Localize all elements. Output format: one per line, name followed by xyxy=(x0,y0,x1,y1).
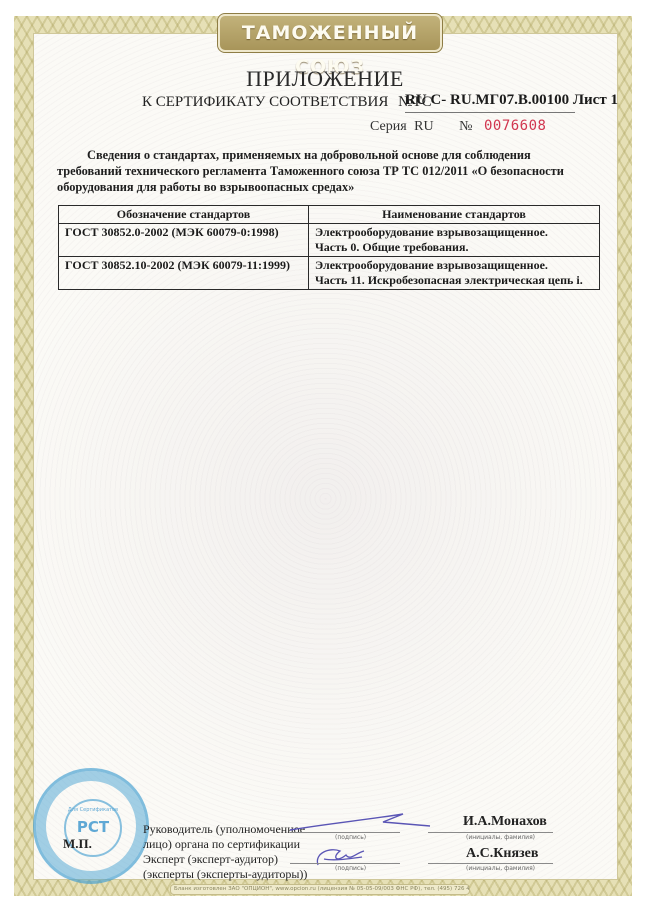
column-header-code: Обозначение стандартов xyxy=(59,206,309,224)
table-row: ГОСТ 30852.0-2002 (МЭК 60079-0:1998) Эле… xyxy=(59,224,600,257)
stamp-inner-text: Для Сертификатов xyxy=(66,807,120,813)
expert-signature-caption: (подпись) xyxy=(335,865,366,872)
series-label: Серия xyxy=(370,119,407,134)
certificate-label: К СЕРТИФИКАТУ СООТВЕТСТВИЯ №ТС xyxy=(142,94,432,111)
series-line: Серия RU № 0076608 xyxy=(370,118,546,135)
standard-name: Электрооборудование взрывозащищенное. Ча… xyxy=(309,257,600,290)
standard-code: ГОСТ 30852.10-2002 (МЭК 60079-11:1999) xyxy=(59,257,309,290)
standards-table: Обозначение стандартов Наименование стан… xyxy=(58,205,600,290)
series-value: RU xyxy=(414,119,433,134)
table-header-row: Обозначение стандартов Наименование стан… xyxy=(59,206,600,224)
head-signature-caption: (подпись) xyxy=(335,834,366,841)
serial-number: 0076608 xyxy=(484,118,547,134)
head-name: И.А.Монахов xyxy=(463,814,547,830)
standard-name-line2: Часть 0. Общие требования. xyxy=(315,240,593,255)
certificate-label-text: К СЕРТИФИКАТУ СООТВЕТСТВИЯ xyxy=(142,94,388,110)
expert-label: Эксперт (эксперт-аудитор) (эксперты (экс… xyxy=(143,852,307,882)
head-label-line1: Руководитель (уполномоченное xyxy=(143,822,305,837)
head-name-line xyxy=(428,832,553,833)
customs-union-banner: ТАМОЖЕННЫЙ СОЮЗ xyxy=(218,14,442,52)
expert-name-line xyxy=(428,863,553,864)
standard-code: ГОСТ 30852.0-2002 (МЭК 60079-0:1998) xyxy=(59,224,309,257)
expert-signature-line xyxy=(290,863,400,864)
standard-name-line2: Часть 11. Искробезопасная электрическая … xyxy=(315,273,593,288)
page-title: ПРИЛОЖЕНИЕ xyxy=(0,66,650,92)
standard-name: Электрооборудование взрывозащищенное. Ча… xyxy=(309,224,600,257)
standard-name-line1: Электрооборудование взрывозащищенное. xyxy=(315,225,593,240)
rst-logo-icon: РСТ xyxy=(66,817,120,837)
form-printer-footer: Бланк изготовлен ЗАО "ОПЦИОН", www.opcio… xyxy=(170,884,470,895)
expert-name-caption: (инициалы, фамилия) xyxy=(466,865,535,872)
head-name-caption: (инициалы, фамилия) xyxy=(466,834,535,841)
expert-label-line2: (эксперты (эксперты-аудиторы)) xyxy=(143,867,307,882)
column-header-name: Наименование стандартов xyxy=(309,206,600,224)
table-row: ГОСТ 30852.10-2002 (МЭК 60079-11:1999) Э… xyxy=(59,257,600,290)
standard-name-line1: Электрооборудование взрывозащищенное. xyxy=(315,258,593,273)
head-signature-line xyxy=(290,832,400,833)
expert-label-line1: Эксперт (эксперт-аудитор) xyxy=(143,852,307,867)
seal-mark: М.П. xyxy=(63,836,92,852)
certificate-number-underline xyxy=(405,112,575,113)
intro-paragraph: Сведения о стандартах, применяемых на до… xyxy=(57,147,597,195)
certificate-number: RU C- RU.МГ07.В.00100 Лист 1 xyxy=(405,92,618,109)
certification-stamp: Для Сертификатов РСТ xyxy=(33,768,149,884)
number-sign: № xyxy=(459,119,472,134)
head-label: Руководитель (уполномоченное лицо) орган… xyxy=(143,822,305,852)
expert-name: А.С.Князев xyxy=(466,846,538,862)
head-label-line2: лицо) органа по сертификации xyxy=(143,837,305,852)
